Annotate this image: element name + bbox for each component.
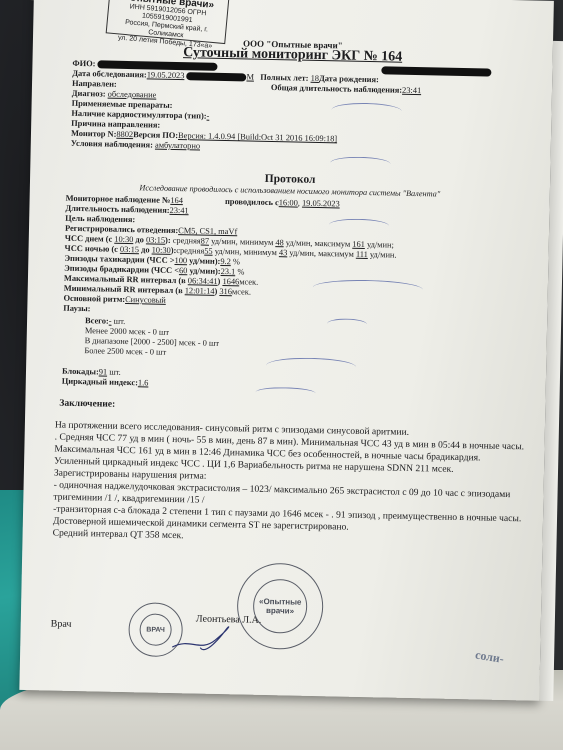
conditions-label: Условия наблюдения: [71,139,153,150]
conducted-label: проводилось с [225,197,279,207]
day-max: 161 [352,240,365,249]
brady-percent: 23.1 [221,267,236,276]
rhythm: Синусовый [125,295,166,305]
day-to: 03:15 [146,235,165,244]
doctor-seal-text: ВРАЧ [139,613,172,646]
day-from: 10:30 [114,235,133,244]
pauses-total: - [109,317,112,326]
night-from: 03:15 [120,245,139,254]
day-avg: 87 [201,237,210,246]
pacemaker: - [206,112,209,121]
duration: 23:41 [169,206,188,215]
diagnosis-label: Диагноз: [72,89,106,99]
night-to: 10:30 [152,246,171,255]
birth-label: Дата рождения: [319,74,379,84]
referral-label: Направлен: [72,79,117,89]
doctor-role: Врач [51,618,72,629]
total-duration: 23:41 [402,86,421,95]
day-hr-label: ЧСС днем (с [65,234,113,244]
pen-mark [330,156,390,170]
patient-info: ФИО: Дата обследования:19.05.2023 М Полн… [71,59,533,159]
sex: М [246,72,254,81]
pauses-total-label: Всего: [85,316,109,325]
conclusion: Заключение: На протяжении всего исследов… [52,398,525,550]
pen-mark [256,387,316,399]
monitor-label: Монитор N: [71,129,117,139]
organization-seal: «Опытные врачи» [236,562,324,650]
night-min: 43 [279,248,288,257]
tachy-threshold: 100 [174,256,187,265]
signature-area: Врач ВРАЧ Леонтьева Л.А. «Опытные врачи» [50,604,521,684]
max-rr-time: 06:34:41 [188,276,218,286]
night-avg: 55 [204,247,213,256]
redacted-field [186,72,246,81]
software-version: Версия: 1.4.0.94 [Build:Oct 31 2016 16:0… [178,131,337,143]
conducted-time: 16:00 [279,198,298,207]
min-rr-time: 12:01:14 [185,286,215,296]
signature-scribble-icon [170,617,241,658]
rhythm-label: Основной ритм: [63,294,125,304]
blocks: 91 [99,367,108,376]
leads: CM5, CS1, maVf [178,226,237,236]
total-duration-label: Общая длительность наблюдения: [271,83,402,95]
diagnosis: обследование [108,90,157,100]
blocks-label: Блокады: [62,367,99,377]
min-rr: 316 [219,287,232,296]
night-hr-label: ЧСС ночью (с [65,244,118,254]
conducted-date: 19.05.2023 [302,199,340,209]
day-min: 48 [275,238,284,247]
age-label: Полных лет: [260,73,308,83]
document-page: «Опытные врачи» ИНН 5919012056 ОГРН 1055… [19,0,554,701]
organization-seal-text: «Опытные врачи» [253,579,308,634]
software-label: Версия ПО: [133,130,178,140]
circadian-index: 1.6 [138,378,149,387]
exam-date-label: Дата обследования: [72,69,147,80]
redacted-birthdate [382,66,492,76]
monitor-number: 8802 [116,130,133,139]
conclusion-title: Заключение: [59,398,525,420]
max-rr: 1646 [222,277,239,286]
circ-label: Циркадный индекс: [62,377,138,388]
observation-number: 164 [170,196,183,205]
conditions: амбулаторно [155,141,200,151]
tachy-percent: 9.2 [220,257,231,266]
age: 18 [311,74,320,83]
exam-date: 19.05.2023 [147,70,185,80]
fio-label: ФИО: [72,59,95,68]
night-max: 111 [356,250,368,259]
